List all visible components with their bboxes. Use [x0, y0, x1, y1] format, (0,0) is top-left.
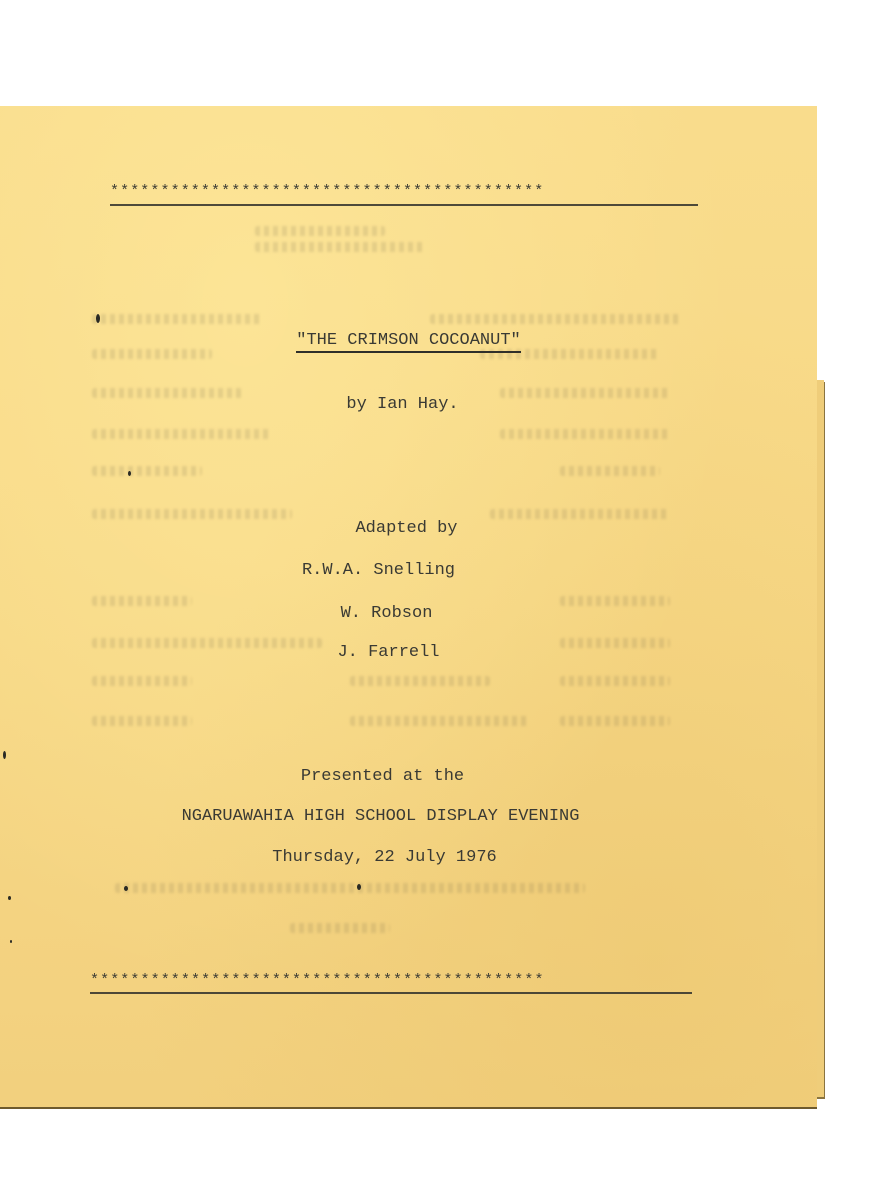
show-through-text	[92, 509, 292, 519]
top-asterisk-border: ****************************************…	[110, 184, 544, 199]
bottom-asterisk-border: ****************************************…	[90, 973, 545, 988]
ink-speck	[357, 884, 361, 890]
show-through-text	[92, 716, 192, 726]
play-title: "THE CRIMSON COCOANUT"	[0, 332, 817, 349]
show-through-text	[255, 226, 385, 236]
ink-speck	[124, 886, 128, 891]
ink-speck	[128, 471, 131, 476]
bottom-rule	[90, 992, 692, 994]
adapter-1: R.W.A. Snelling	[0, 562, 787, 579]
show-through-text	[500, 429, 670, 439]
show-through-text	[290, 923, 390, 933]
show-through-text	[92, 314, 262, 324]
ink-speck	[10, 940, 12, 943]
adapted-by-label: Adapted by	[0, 520, 815, 537]
top-rule	[110, 204, 698, 206]
ink-speck	[3, 751, 6, 759]
event-name: NGARUAWAHIA HIGH SCHOOL DISPLAY EVENING	[0, 808, 789, 825]
adapter-2: W. Robson	[0, 605, 795, 622]
show-through-text	[430, 314, 680, 324]
author-line: by Ian Hay.	[0, 396, 811, 413]
show-through-text	[350, 676, 490, 686]
show-through-text	[560, 676, 670, 686]
show-through-text	[115, 883, 585, 893]
show-through-text	[490, 509, 670, 519]
show-through-text	[92, 349, 212, 359]
show-through-text	[92, 676, 192, 686]
show-through-text	[92, 429, 272, 439]
document-page: ****************************************…	[0, 106, 817, 1107]
show-through-text	[92, 466, 202, 476]
event-date: Thursday, 22 July 1976	[0, 849, 793, 866]
ink-speck	[8, 896, 11, 900]
adapter-3: J. Farrell	[0, 644, 797, 661]
presented-label: Presented at the	[0, 768, 791, 785]
show-through-text	[560, 716, 670, 726]
show-through-text	[560, 466, 660, 476]
show-through-text	[255, 242, 425, 252]
show-through-text	[350, 716, 530, 726]
ink-speck	[96, 314, 100, 323]
play-title-text: "THE CRIMSON COCOANUT"	[296, 331, 520, 353]
